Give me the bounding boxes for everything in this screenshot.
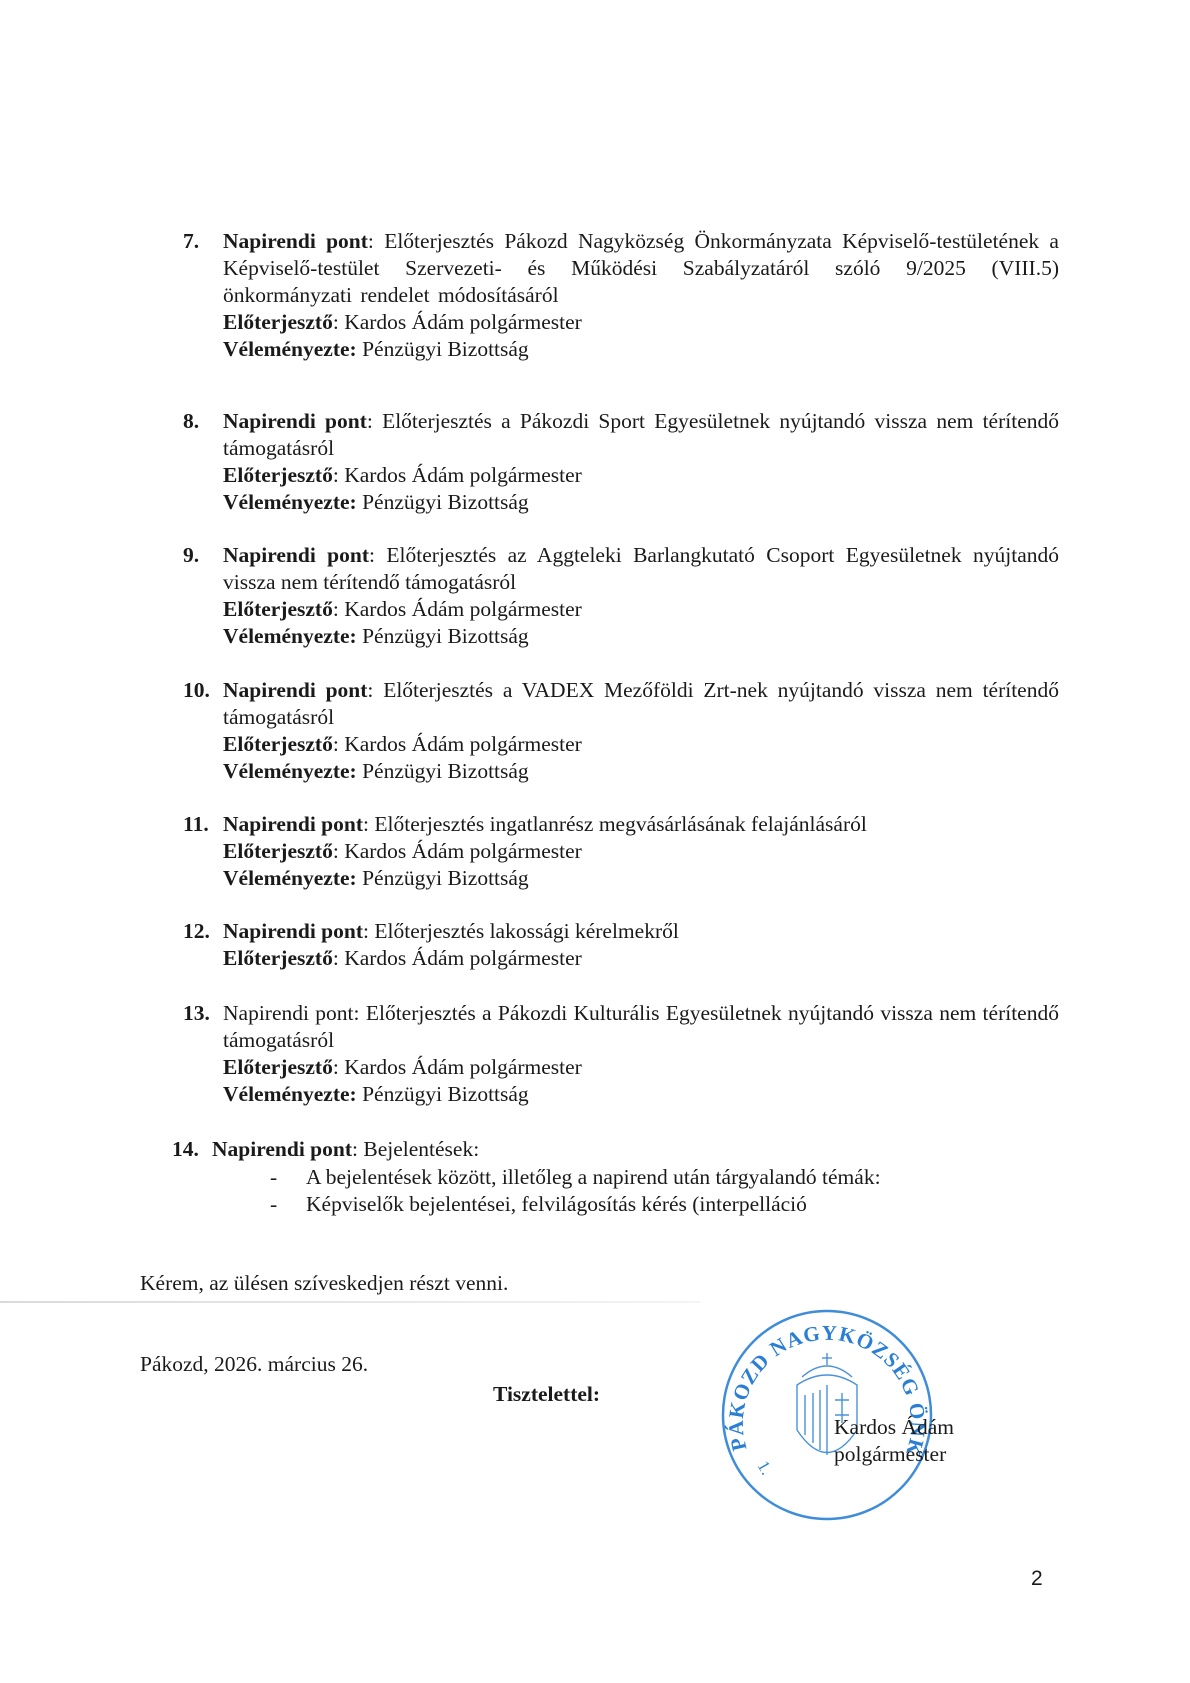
- svg-text:1.: 1.: [754, 1458, 777, 1479]
- agenda-item-8: 8. Napirendi pont: Előterjesztés a Pákoz…: [183, 408, 1059, 516]
- presenter: Kardos Ádám polgármester: [344, 732, 582, 756]
- presenter-label: Előterjesztő: [223, 310, 333, 334]
- item-number: 7.: [183, 228, 199, 255]
- presenter: Kardos Ádám polgármester: [344, 310, 582, 334]
- presenter-label: Előterjesztő: [223, 839, 333, 863]
- presenter: Kardos Ádám polgármester: [344, 463, 582, 487]
- item-label: Napirendi pont: [223, 919, 363, 943]
- presenter: Kardos Ádám polgármester: [344, 597, 582, 621]
- item-number: 8.: [183, 408, 199, 435]
- presenter: Kardos Ádám polgármester: [344, 839, 582, 863]
- reviewer: Pénzügyi Bizottság: [362, 337, 529, 361]
- item-label: Napirendi pont: [223, 1001, 354, 1025]
- item-label: Napirendi pont: [223, 812, 363, 836]
- presenter-label: Előterjesztő: [223, 732, 333, 756]
- page-number: 2: [1031, 1567, 1043, 1591]
- item-title: Bejelentések:: [363, 1137, 479, 1161]
- reviewer-label: Véleményezte:: [223, 1082, 357, 1106]
- reviewer-label: Véleményezte:: [223, 337, 357, 361]
- agenda-item-10: 10. Napirendi pont: Előterjesztés a VADE…: [183, 677, 1059, 785]
- agenda-item-11: 11. Napirendi pont: Előterjesztés ingatl…: [183, 811, 1059, 892]
- item-number: 13.: [183, 1000, 210, 1027]
- reviewer: Pénzügyi Bizottság: [362, 1082, 529, 1106]
- scan-artifact: [0, 1301, 700, 1303]
- presenter: Kardos Ádám polgármester: [344, 1055, 582, 1079]
- presenter-label: Előterjesztő: [223, 1055, 333, 1079]
- item-number: 9.: [183, 542, 199, 569]
- reviewer-label: Véleményezte:: [223, 624, 357, 648]
- agenda-item-12: 12. Napirendi pont: Előterjesztés lakoss…: [183, 918, 1059, 972]
- presenter-label: Előterjesztő: [223, 463, 333, 487]
- signer-name: Kardos Ádám: [834, 1414, 954, 1441]
- item-number: 14.: [172, 1136, 199, 1163]
- item-label: Napirendi pont: [212, 1137, 352, 1161]
- presenter-label: Előterjesztő: [223, 946, 333, 970]
- presenter-label: Előterjesztő: [223, 597, 333, 621]
- reviewer: Pénzügyi Bizottság: [362, 759, 529, 783]
- agenda-item-9: 9. Napirendi pont: Előterjesztés az Aggt…: [183, 542, 1059, 650]
- item-number: 11.: [183, 811, 209, 838]
- item-number: 10.: [183, 677, 210, 704]
- reviewer-label: Véleményezte:: [223, 490, 357, 514]
- reviewer: Pénzügyi Bizottság: [362, 866, 529, 890]
- place-date: Pákozd, 2026. március 26.: [140, 1351, 368, 1378]
- bullet-text: Képviselők bejelentései, felvilágosítás …: [306, 1191, 807, 1218]
- agenda-item-7: 7. Napirendi pont: Előterjesztés Pákozd …: [183, 228, 1059, 363]
- signer-title: polgármester: [834, 1441, 946, 1468]
- item-label: Napirendi pont: [223, 678, 367, 702]
- bullet-text: A bejelentések között, illetőleg a napir…: [306, 1164, 881, 1191]
- item-label: Napirendi pont: [223, 229, 368, 253]
- item-number: 12.: [183, 918, 210, 945]
- presenter: Kardos Ádám polgármester: [344, 946, 582, 970]
- item-title: Előterjesztés ingatlanrész megvásárlásán…: [374, 812, 866, 836]
- agenda-item-13: 13. Napirendi pont: Előterjesztés a Páko…: [183, 1000, 1059, 1108]
- item-label: Napirendi pont: [223, 543, 369, 567]
- agenda-item-14: 14. Napirendi pont: Bejelentések:: [172, 1136, 1048, 1163]
- reviewer: Pénzügyi Bizottság: [362, 624, 529, 648]
- regards: Tisztelettel:: [493, 1381, 600, 1408]
- closing-text: Kérem, az ülésen szíveskedjen részt venn…: [140, 1270, 508, 1297]
- item-label: Napirendi pont: [223, 409, 367, 433]
- item-title: Előterjesztés lakossági kérelmekről: [374, 919, 678, 943]
- reviewer: Pénzügyi Bizottság: [362, 490, 529, 514]
- reviewer-label: Véleményezte:: [223, 759, 357, 783]
- document-page: 7. Napirendi pont: Előterjesztés Pákozd …: [0, 0, 1190, 1683]
- reviewer-label: Véleményezte:: [223, 866, 357, 890]
